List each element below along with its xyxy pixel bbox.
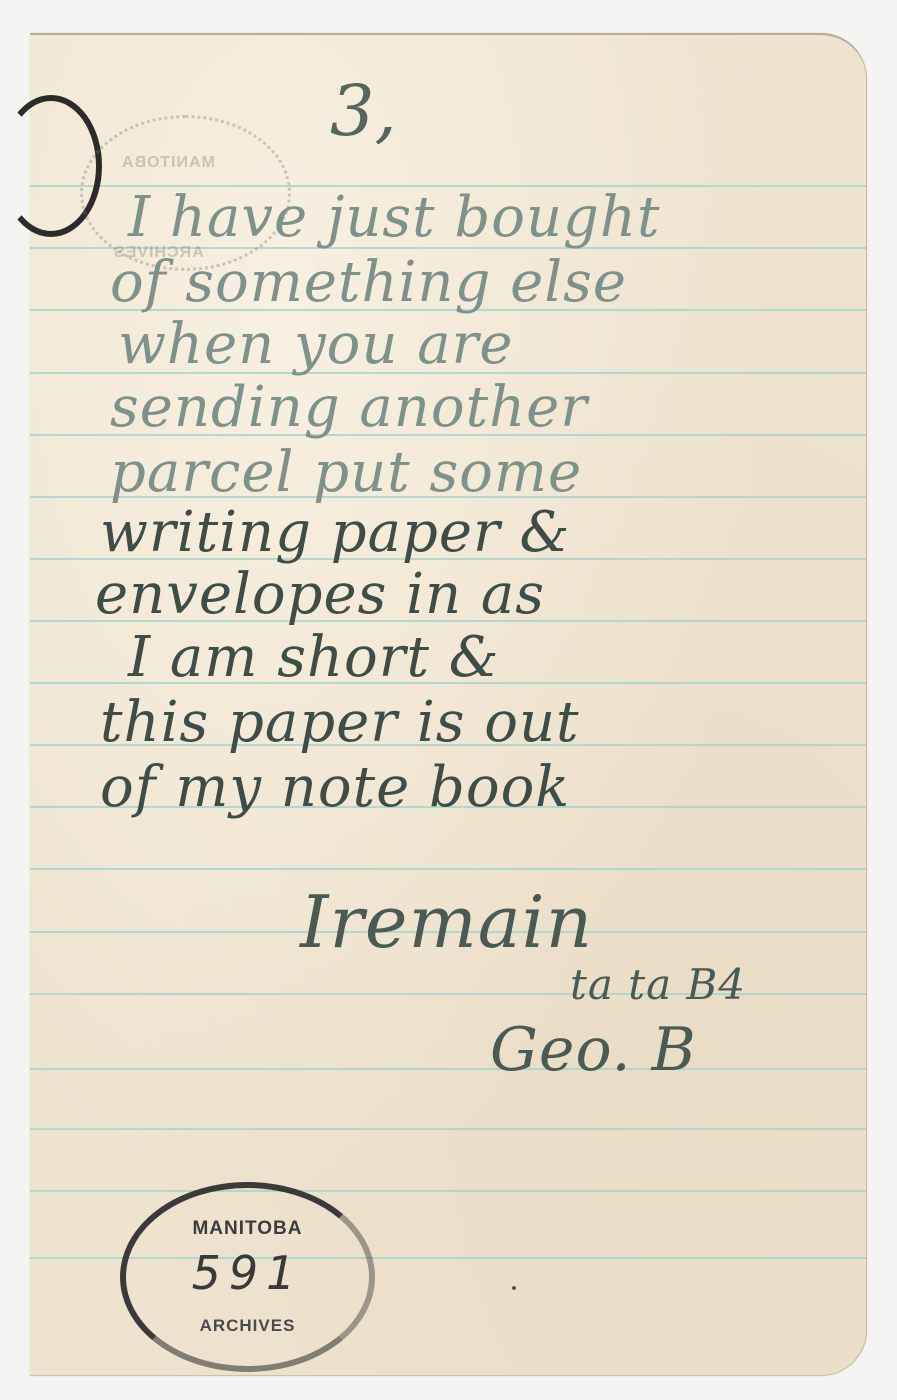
body-line-8: I am short & [128, 625, 500, 690]
body-line-1: I have just bought [128, 185, 660, 250]
ruled-line [30, 1190, 866, 1192]
body-line-6: writing paper & [100, 500, 570, 565]
stamp-top-text: MANITOBA [126, 1218, 369, 1240]
ink-dot [512, 1286, 516, 1290]
body-line-2: of something else [110, 250, 627, 315]
ruled-line [30, 1128, 866, 1130]
ruled-line [30, 1068, 866, 1070]
page-number: 3, [330, 70, 397, 152]
stamp-number: 591 [126, 1246, 369, 1300]
body-line-4: sending another [110, 375, 588, 440]
closing-remain: Iremain [300, 880, 593, 964]
body-line-3: when you are [118, 312, 514, 377]
stamp-bottom-text: ARCHIVES [126, 1316, 369, 1336]
body-line-10: of my note book [100, 755, 570, 820]
closing-line-2: ta ta B4 [570, 960, 746, 1009]
ghost-stamp-top-text: MANITOBA [121, 154, 215, 172]
manitoba-archives-stamp: MANITOBA 591 ARCHIVES [120, 1182, 375, 1372]
body-line-5: parcel put some [110, 440, 582, 505]
body-line-7: envelopes in as [95, 562, 545, 627]
ruled-line [30, 868, 866, 870]
signature-geo-b: Geo. B [490, 1015, 697, 1085]
body-line-9: this paper is out [100, 690, 580, 755]
